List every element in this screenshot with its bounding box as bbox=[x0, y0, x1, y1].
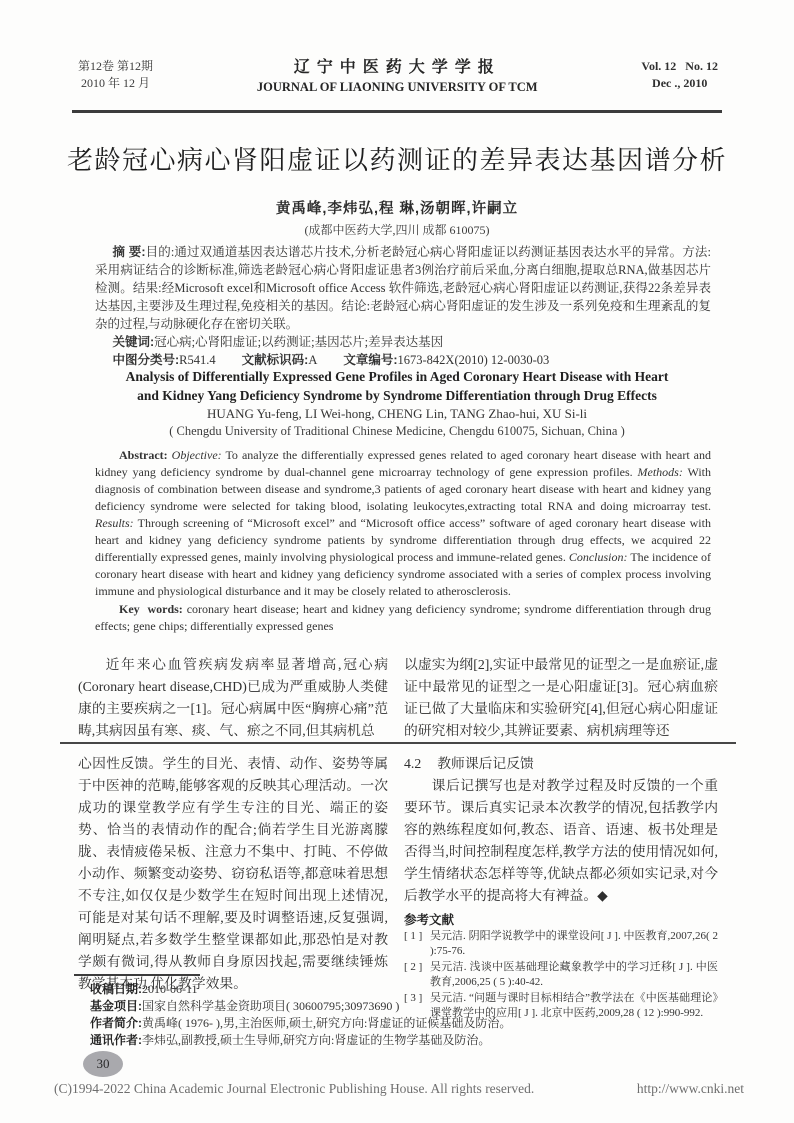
issue-info-cn: 第12卷 第12期 2010 年 12 月 bbox=[78, 58, 153, 92]
corresponding-label: 通讯作者: bbox=[90, 1033, 142, 1047]
doc-code-value: A bbox=[308, 353, 317, 367]
journal-page: 第12卷 第12期 2010 年 12 月 辽宁中医药大学学报 JOURNAL … bbox=[0, 0, 794, 1123]
article-affiliation-en: ( Chengdu University of Traditional Chin… bbox=[60, 424, 734, 439]
keywords-en-label: Key words: bbox=[119, 602, 183, 616]
footnote-received: 收稿日期:2010-06-11 bbox=[90, 981, 690, 998]
issue-volume-en: Vol. 12 No. 12 bbox=[641, 58, 718, 75]
abstract-cn-block: 摘 要:目的:通过双通道基因表达谱芯片技术,分析老龄冠心病心肾阳虚证以药测证基因… bbox=[95, 243, 711, 369]
reference-number: [ 1 ] bbox=[404, 929, 422, 944]
abstract-cn-text: 目的:通过双通道基因表达谱芯片技术,分析老龄冠心病心肾阳虚证以药测证基因表达水平… bbox=[95, 245, 711, 331]
clc-value: R541.4 bbox=[179, 353, 215, 367]
copyright-text: (C)1994-2022 China Academic Journal Elec… bbox=[54, 1081, 534, 1097]
abstract-en-block: Abstract: Objective: To analyze the diff… bbox=[95, 447, 711, 635]
received-value: 2010-06-11 bbox=[142, 982, 198, 996]
prev-article-right-text: 课后记撰写也是对教学过程及时反馈的一个重要环节。课后真实记录本次教学的情况,包括… bbox=[404, 775, 718, 907]
article-no-label: 文章编号: bbox=[343, 353, 397, 367]
cnki-url: http://www.cnki.net bbox=[637, 1081, 744, 1097]
abstract-cn-label: 摘 要: bbox=[113, 245, 146, 259]
article-title-en-line2: and Kidney Yang Deficiency Syndrome by S… bbox=[60, 386, 734, 405]
abstract-methods-label: Methods: bbox=[638, 465, 683, 479]
keywords-en-text: coronary heart disease; heart and kidney… bbox=[95, 602, 711, 633]
article-no-value: 1673-842X(2010) 12-0030-03 bbox=[398, 353, 550, 367]
doc-code-label: 文献标识码: bbox=[242, 353, 309, 367]
abstract-results-label: Results: bbox=[95, 516, 134, 530]
footnote-corresponding: 通讯作者:李炜弘,副教授,硕士生导师,研究方向:肾虚证的生物学基础及防治。 bbox=[90, 1032, 690, 1049]
issue-date-cn: 2010 年 12 月 bbox=[78, 75, 153, 92]
footnote-fund: 基金项目:国家自然科学基金资助项目( 30600795;30973690 ) bbox=[90, 998, 690, 1015]
prev-article-right-text-block: 课后记撰写也是对教学过程及时反馈的一个重要环节。课后真实记录本次教学的情况,包括… bbox=[404, 775, 718, 907]
keywords-en: Key words: coronary heart disease; heart… bbox=[95, 601, 711, 635]
received-label: 收稿日期: bbox=[90, 982, 142, 996]
journal-title-cn: 辽宁中医药大学学报 bbox=[257, 54, 538, 77]
article-title-cn: 老龄冠心病心肾阳虚证以药测证的差异表达基因谱分析 bbox=[60, 140, 734, 177]
fund-value: 国家自然科学基金资助项目( 30600795;30973690 ) bbox=[142, 999, 399, 1013]
intro-left-column: 近年来心血管疾病发病率显著增高,冠心病(Coronary heart disea… bbox=[78, 654, 388, 742]
article-title-en: Analysis of Differentially Expressed Gen… bbox=[60, 367, 734, 405]
keywords-cn: 关键词:冠心病;心肾阳虚证;以药测证;基因芯片;差异表达基因 bbox=[95, 333, 711, 351]
introduction-columns: 近年来心血管疾病发病率显著增高,冠心病(Coronary heart disea… bbox=[78, 654, 718, 742]
abstract-conclusion-label: Conclusion: bbox=[569, 550, 628, 564]
page-number: 30 bbox=[97, 1056, 110, 1072]
fund-label: 基金项目: bbox=[90, 999, 142, 1013]
keywords-cn-text: 冠心病;心肾阳虚证;以药测证;基因芯片;差异表达基因 bbox=[154, 335, 443, 349]
footnote-author-bio: 作者简介:黄禹峰( 1976- ),男,主治医师,硕士,研究方向:肾虚证的证候基… bbox=[90, 1015, 690, 1032]
reference-item: [ 1 ] 吴元洁. 阴阳学说教学中的课堂设问[ J ]. 中医教育,2007,… bbox=[404, 929, 718, 959]
article-authors-en: HUANG Yu-feng, LI Wei-hong, CHENG Lin, T… bbox=[60, 406, 734, 422]
journal-header: 第12卷 第12期 2010 年 12 月 辽宁中医药大学学报 JOURNAL … bbox=[78, 54, 718, 95]
journal-title-block: 辽宁中医药大学学报 JOURNAL OF LIAONING UNIVERSITY… bbox=[257, 54, 538, 95]
section-title: 教师课后记反馈 bbox=[437, 756, 534, 771]
abstract-en: Abstract: Objective: To analyze the diff… bbox=[95, 447, 711, 600]
references-title: 参考文献 bbox=[404, 910, 718, 928]
footnote-block: 收稿日期:2010-06-11 基金项目:国家自然科学基金资助项目( 30600… bbox=[90, 981, 690, 1049]
header-rule bbox=[72, 110, 722, 113]
article-title-en-line1: Analysis of Differentially Expressed Gen… bbox=[60, 367, 734, 386]
prev-article-left-text: 心因性反馈。学生的目光、表情、动作、姿势等属于中医神的范畴,能够客观的反映其心理… bbox=[78, 753, 388, 995]
clc-label: 中图分类号: bbox=[113, 353, 180, 367]
abstract-cn: 摘 要:目的:通过双通道基因表达谱芯片技术,分析老龄冠心病心肾阳虚证以药测证基因… bbox=[95, 243, 711, 333]
article-divider-rule bbox=[60, 742, 736, 744]
reference-text: 吴元洁. 阴阳学说教学中的课堂设问[ J ]. 中医教育,2007,26( 2 … bbox=[430, 930, 718, 957]
abstract-en-label: Abstract: bbox=[119, 448, 168, 462]
copyright-footer: (C)1994-2022 China Academic Journal Elec… bbox=[54, 1081, 744, 1097]
keywords-cn-label: 关键词: bbox=[113, 335, 155, 349]
intro-right-column: 以虚实为纲[2],实证中最常见的证型之一是血瘀证,虚证中最常见的证型之一是心阳虚… bbox=[404, 654, 718, 742]
issue-info-en: Vol. 12 No. 12 Dec ., 2010 bbox=[641, 58, 718, 92]
bio-label: 作者简介: bbox=[90, 1016, 142, 1030]
section-number: 4.2 bbox=[404, 756, 421, 771]
article-authors-cn: 黄禹峰,李炜弘,程 琳,汤朝晖,许嗣立 bbox=[60, 197, 734, 218]
journal-title-en: JOURNAL OF LIAONING UNIVERSITY OF TCM bbox=[257, 80, 538, 95]
issue-date-en: Dec ., 2010 bbox=[641, 75, 718, 92]
corresponding-value: 李炜弘,副教授,硕士生导师,研究方向:肾虚证的生物学基础及防治。 bbox=[142, 1033, 490, 1047]
page-number-badge: 30 bbox=[83, 1051, 123, 1077]
issue-volume-cn: 第12卷 第12期 bbox=[78, 58, 153, 75]
article-affiliation-cn: (成都中医药大学,四川 成都 610075) bbox=[60, 221, 734, 238]
intro-right-text: 以虚实为纲[2],实证中最常见的证型之一是血瘀证,虚证中最常见的证型之一是心阳虚… bbox=[404, 654, 718, 742]
reference-number: [ 2 ] bbox=[404, 960, 422, 975]
bio-value: 黄禹峰( 1976- ),男,主治医师,硕士,研究方向:肾虚证的证候基础及防治。 bbox=[142, 1016, 511, 1030]
prev-article-left-column: 心因性反馈。学生的目光、表情、动作、姿势等属于中医神的范畴,能够客观的反映其心理… bbox=[78, 753, 388, 995]
abstract-objective-label: Objective: bbox=[172, 448, 222, 462]
intro-left-text: 近年来心血管疾病发病率显著增高,冠心病(Coronary heart disea… bbox=[78, 654, 388, 742]
footnote-rule bbox=[74, 974, 200, 976]
section-heading: 4.2教师课后记反馈 bbox=[404, 753, 718, 775]
